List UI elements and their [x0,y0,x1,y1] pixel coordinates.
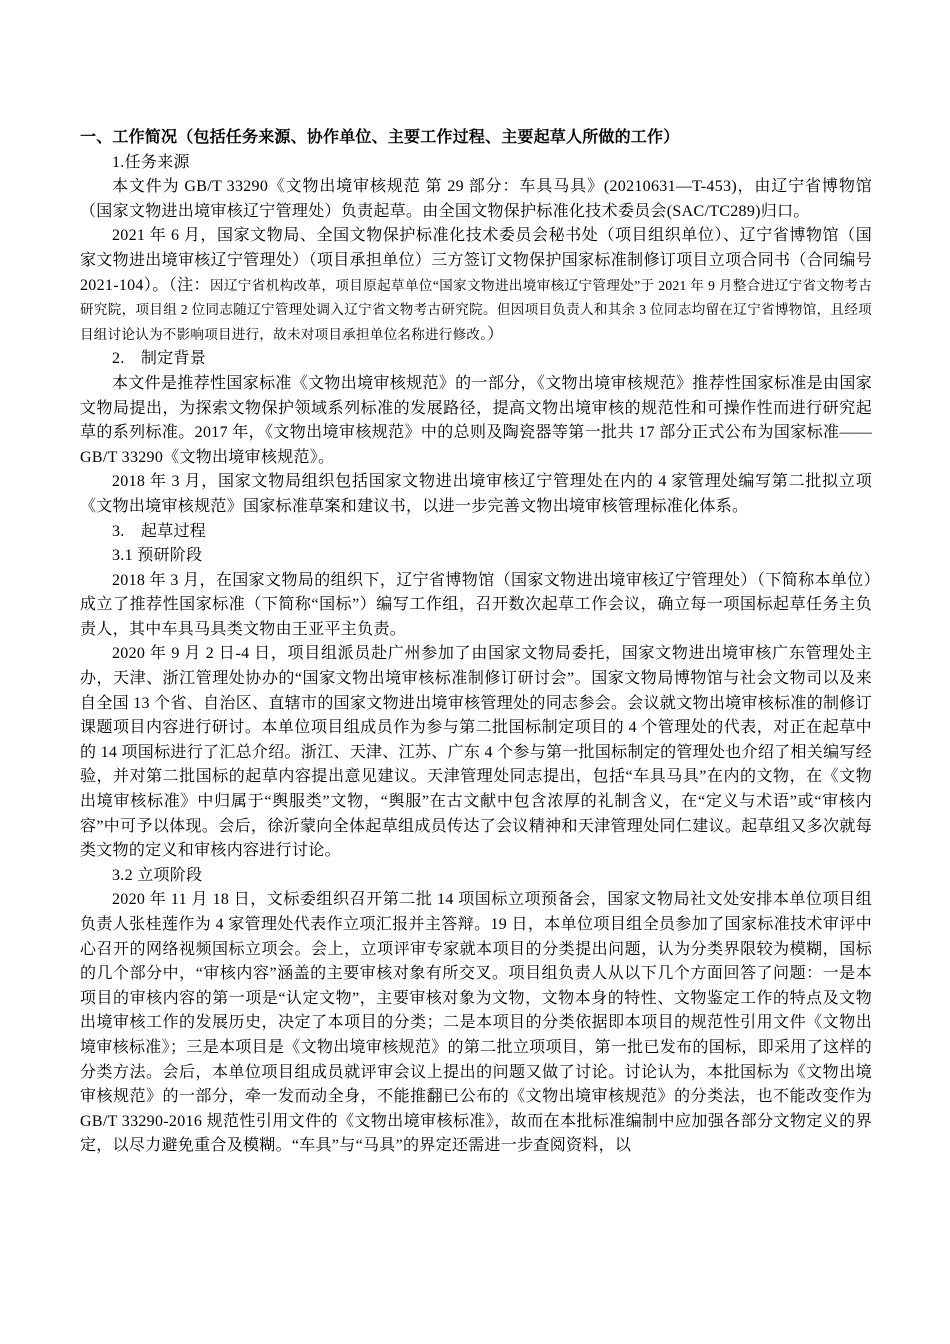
section-title: 一、工作简况（包括任务来源、协作单位、主要工作过程、主要起草人所做的工作） [80,126,872,151]
text-run: 3.2 立项阶段 [112,867,202,884]
page: { "document": { "blocks": [ { "type": "s… [0,0,950,1344]
subheading: 3.2 立项阶段 [80,864,872,889]
document-page: 一、工作简况（包括任务来源、协作单位、主要工作过程、主要起草人所做的工作）1.任… [0,0,950,1344]
text-run: 本文件为 GB/T 33290《文物出境审核规范 第 29 部分：车具马具》(2… [80,178,872,220]
subheading: 3.1 预研阶段 [80,544,872,569]
text-run: 2020 年 11 月 18 日，文标委组织召开第二批 14 项国标立项预备会，… [80,891,872,1154]
text-run: 3.1 预研阶段 [112,547,202,564]
paragraph: 本文件是推荐性国家标准《文物出境审核规范》的一部分，《文物出境审核规范》推荐性国… [80,372,872,470]
text-run: 2. 制定背景 [112,350,206,367]
subheading: 2. 制定背景 [80,347,872,372]
paragraph: 2018 年 3 月，在国家文物局的组织下，辽宁省博物馆（国家文物进出境审核辽宁… [80,569,872,643]
subheading: 3. 起草过程 [80,520,872,545]
subheading: 1.任务来源 [80,151,872,176]
paragraph: 2020 年 11 月 18 日，文标委组织召开第二批 14 项国标立项预备会，… [80,888,872,1159]
document-body: 一、工作简况（包括任务来源、协作单位、主要工作过程、主要起草人所做的工作）1.任… [80,126,872,1159]
text-run: 本文件是推荐性国家标准《文物出境审核规范》的一部分，《文物出境审核规范》推荐性国… [80,375,872,466]
text-run: 一、工作简况（包括任务来源、协作单位、主要工作过程、主要起草人所做的工作） [80,129,679,146]
text-run: ） [487,326,503,343]
paragraph: 2020 年 9 月 2 日-4 日，项目组派员赴广州参加了由国家文物局委托，国… [80,642,872,863]
text-run: 1.任务来源 [112,154,190,171]
paragraph: 2018 年 3 月，国家文物局组织包括国家文物进出境审核辽宁管理处在内的 4 … [80,470,872,519]
text-run: 2018 年 3 月，国家文物局组织包括国家文物进出境审核辽宁管理处在内的 4 … [80,473,872,515]
paragraph: 2021 年 6 月，国家文物局、全国文物保护标准化技术委员会秘书处（项目组织单… [80,224,872,347]
text-run: 2018 年 3 月，在国家文物局的组织下，辽宁省博物馆（国家文物进出境审核辽宁… [80,572,872,638]
text-run: 2020 年 9 月 2 日-4 日，项目组派员赴广州参加了由国家文物局委托，国… [80,645,872,859]
paragraph: 本文件为 GB/T 33290《文物出境审核规范 第 29 部分：车具马具》(2… [80,175,872,224]
text-run: 3. 起草过程 [112,523,206,540]
